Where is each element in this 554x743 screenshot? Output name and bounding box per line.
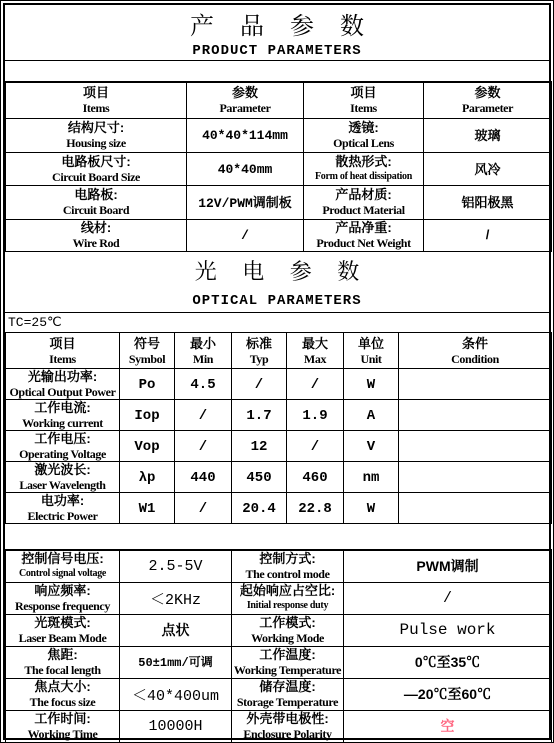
item-label-cell: 产品材质:Product Material [304, 185, 424, 219]
item-label-cell: 线材:Wire Rod [6, 219, 187, 251]
min-cell: / [175, 400, 232, 431]
col-header-condition: 条件Condition [399, 333, 552, 369]
symbol-cell: Iop [120, 400, 175, 431]
col-header-en: Items [6, 101, 186, 115]
table-row: 光斑模式:Laser Beam Mode 点状 工作模式:Working Mod… [6, 614, 552, 646]
item-value-cell: 风冷 [424, 152, 552, 185]
optical-title-en: OPTICAL PARAMETERS [192, 293, 361, 309]
item-value-cell: / [187, 219, 304, 251]
item-value-cell: 2.5-5V [120, 550, 232, 582]
max-cell: / [287, 431, 344, 462]
col-header-unit: 单位Unit [344, 333, 399, 369]
item-label-cell: 产品净重:Product Net Weight [304, 219, 424, 251]
item-value-cell: 40*40mm [187, 152, 304, 185]
table-row: 焦点大小:The focus size ＜40*400um 储存温度:Stora… [6, 678, 552, 710]
col-header-items: 项目Items [6, 333, 120, 369]
item-value-cell: 40*40*114mm [187, 118, 304, 152]
item-value-cell: —20℃至60℃ [344, 678, 552, 710]
product-parameters-table: 项目Items 参数Parameter 项目Items 参数Parameter … [5, 81, 552, 252]
col-header-cn: 参数 [187, 85, 303, 101]
item-value-cell: 10000H [120, 710, 232, 742]
item-label-cell: 工作模式:Working Mode [232, 614, 344, 646]
table-row: 电路板:Circuit Board 12V/PWM调制板 产品材质:Produc… [6, 185, 552, 219]
test-condition-note: TC=25℃ [5, 313, 549, 332]
enclosure-polarity-empty-value: 空 [441, 718, 455, 734]
item-value-cell: ＜2KHz [120, 582, 232, 614]
condition-cell [399, 493, 552, 524]
unit-cell: nm [344, 462, 399, 493]
item-value-cell: 点状 [120, 614, 232, 646]
max-cell: / [287, 369, 344, 400]
item-label-cell: 外壳带电极性:Enclosure Polarity [232, 710, 344, 742]
typ-cell: 12 [232, 431, 287, 462]
symbol-cell: λp [120, 462, 175, 493]
item-label-cell: 起始响应占空比:Initial response duty [232, 582, 344, 614]
col-header-symbol: 符号Symbol [120, 333, 175, 369]
item-label-cell: 储存温度:Storage Temperature [232, 678, 344, 710]
symbol-cell: Po [120, 369, 175, 400]
condition-cell [399, 431, 552, 462]
item-value-cell: PWM调制 [344, 550, 552, 582]
condition-cell [399, 369, 552, 400]
page-title-en: PRODUCT PARAMETERS [192, 43, 361, 59]
item-label-cell: 激光波长:Laser Wavelength [6, 462, 120, 493]
item-value-cell: / [344, 582, 552, 614]
page-title-cn: 产 品 参 数 [180, 6, 374, 41]
col-header-cn: 项目 [304, 85, 423, 101]
col-header-en: Items [304, 101, 423, 115]
item-label-cell: 光输出功率:Optical Output Power [6, 369, 120, 400]
col-header-max: 最大Max [287, 333, 344, 369]
col-header-cn: 项目 [6, 85, 186, 101]
item-label-cell: 透镜:Optical Lens [304, 118, 424, 152]
item-label-cell: 工作时间:Working Time [6, 710, 120, 742]
condition-cell [399, 400, 552, 431]
item-label-cell: 工作温度:Working Temperature [232, 646, 344, 678]
col-header-parameter: 参数Parameter [424, 82, 552, 118]
typ-cell: 20.4 [232, 493, 287, 524]
item-label-cell: 散热形式:Form of heat dissipation [304, 152, 424, 185]
table-row: 焦距:The focal length 50±1mm/可调 工作温度:Worki… [6, 646, 552, 678]
spec-sheet-page: 产 品 参 数 PRODUCT PARAMETERS 项目Items 参数Par… [0, 0, 554, 743]
item-value-cell: 12V/PWM调制板 [187, 185, 304, 219]
item-label-cell: 光斑模式:Laser Beam Mode [6, 614, 120, 646]
table-row: 结构尺寸:Housing size 40*40*114mm 透镜:Optical… [6, 118, 552, 152]
table-row: 工作电压:Operating Voltage Vop / 12 / V [6, 431, 552, 462]
item-label-cell: 焦距:The focal length [6, 646, 120, 678]
item-label-cell: 响应频率:Response frequency [6, 582, 120, 614]
item-value-cell: 0℃至35℃ [344, 646, 552, 678]
table-row: 线材:Wire Rod / 产品净重:Product Net Weight / [6, 219, 552, 251]
item-value-cell: Pulse work [344, 614, 552, 646]
symbol-cell: W1 [120, 493, 175, 524]
item-label-cell: 电路板:Circuit Board [6, 185, 187, 219]
product-parameters-header: 产 品 参 数 PRODUCT PARAMETERS [5, 5, 549, 61]
typ-cell: 450 [232, 462, 287, 493]
item-value-cell: / [424, 219, 552, 251]
table-row: 电功率:Electric Power W1 / 20.4 22.8 W [6, 493, 552, 524]
product-table-header-row: 项目Items 参数Parameter 项目Items 参数Parameter [6, 82, 552, 118]
min-cell: 440 [175, 462, 232, 493]
optical-title-cn: 光 电 参 数 [185, 255, 370, 286]
item-label-cell: 焦点大小:The focus size [6, 678, 120, 710]
table-row: 电路板尺寸:Circuit Board Size 40*40mm 散热形式:Fo… [6, 152, 552, 185]
typ-cell: 1.7 [232, 400, 287, 431]
unit-cell: A [344, 400, 399, 431]
typ-cell: / [232, 369, 287, 400]
col-header-en: Parameter [187, 101, 303, 115]
max-cell: 22.8 [287, 493, 344, 524]
optical-table-header-row: 项目Items 符号Symbol 最小Min 标准Typ 最大Max 单位Uni… [6, 333, 552, 369]
table-row: 控制信号电压:Control signal voltage 2.5-5V 控制方… [6, 550, 552, 582]
symbol-cell: Vop [120, 431, 175, 462]
condition-cell [399, 462, 552, 493]
item-label-cell: 工作电压:Operating Voltage [6, 431, 120, 462]
optical-parameters-table: 项目Items 符号Symbol 最小Min 标准Typ 最大Max 单位Uni… [5, 332, 552, 524]
max-cell: 460 [287, 462, 344, 493]
item-value-cell: 50±1mm/可调 [120, 646, 232, 678]
item-label-cell: 工作电流:Working current [6, 400, 120, 431]
item-label-cell: 电功率:Electric Power [6, 493, 120, 524]
min-cell: 4.5 [175, 369, 232, 400]
col-header-items: 项目Items [6, 82, 187, 118]
col-header-cn: 参数 [424, 85, 551, 101]
col-header-min: 最小Min [175, 333, 232, 369]
table-row: 光输出功率:Optical Output Power Po 4.5 / / W [6, 369, 552, 400]
item-label-cell: 电路板尺寸:Circuit Board Size [6, 152, 187, 185]
item-label-cell: 结构尺寸:Housing size [6, 118, 187, 152]
max-cell: 1.9 [287, 400, 344, 431]
table-row: 激光波长:Laser Wavelength λp 440 450 460 nm [6, 462, 552, 493]
min-cell: / [175, 431, 232, 462]
item-label-cell: 控制信号电压:Control signal voltage [6, 550, 120, 582]
item-value-cell: 铝阳极黑 [424, 185, 552, 219]
unit-cell: V [344, 431, 399, 462]
spec-sheet-frame: 产 品 参 数 PRODUCT PARAMETERS 项目Items 参数Par… [3, 3, 551, 740]
control-parameters-table: 控制信号电压:Control signal voltage 2.5-5V 控制方… [5, 549, 552, 743]
item-label-cell: 控制方式:The control mode [232, 550, 344, 582]
item-value-cell: ＜40*400um [120, 678, 232, 710]
item-value-cell: 空 [344, 710, 552, 742]
optical-parameters-header: 光 电 参 数 OPTICAL PARAMETERS [5, 252, 549, 313]
table-row: 工作电流:Working current Iop / 1.7 1.9 A [6, 400, 552, 431]
item-value-cell: 玻璃 [424, 118, 552, 152]
unit-cell: W [344, 369, 399, 400]
col-header-en: Parameter [424, 101, 551, 115]
col-header-typ: 标准Typ [232, 333, 287, 369]
unit-cell: W [344, 493, 399, 524]
min-cell: / [175, 493, 232, 524]
table-row: 响应频率:Response frequency ＜2KHz 起始响应占空比:In… [6, 582, 552, 614]
col-header-items: 项目Items [304, 82, 424, 118]
table-row: 工作时间:Working Time 10000H 外壳带电极性:Enclosur… [6, 710, 552, 742]
col-header-parameter: 参数Parameter [187, 82, 304, 118]
